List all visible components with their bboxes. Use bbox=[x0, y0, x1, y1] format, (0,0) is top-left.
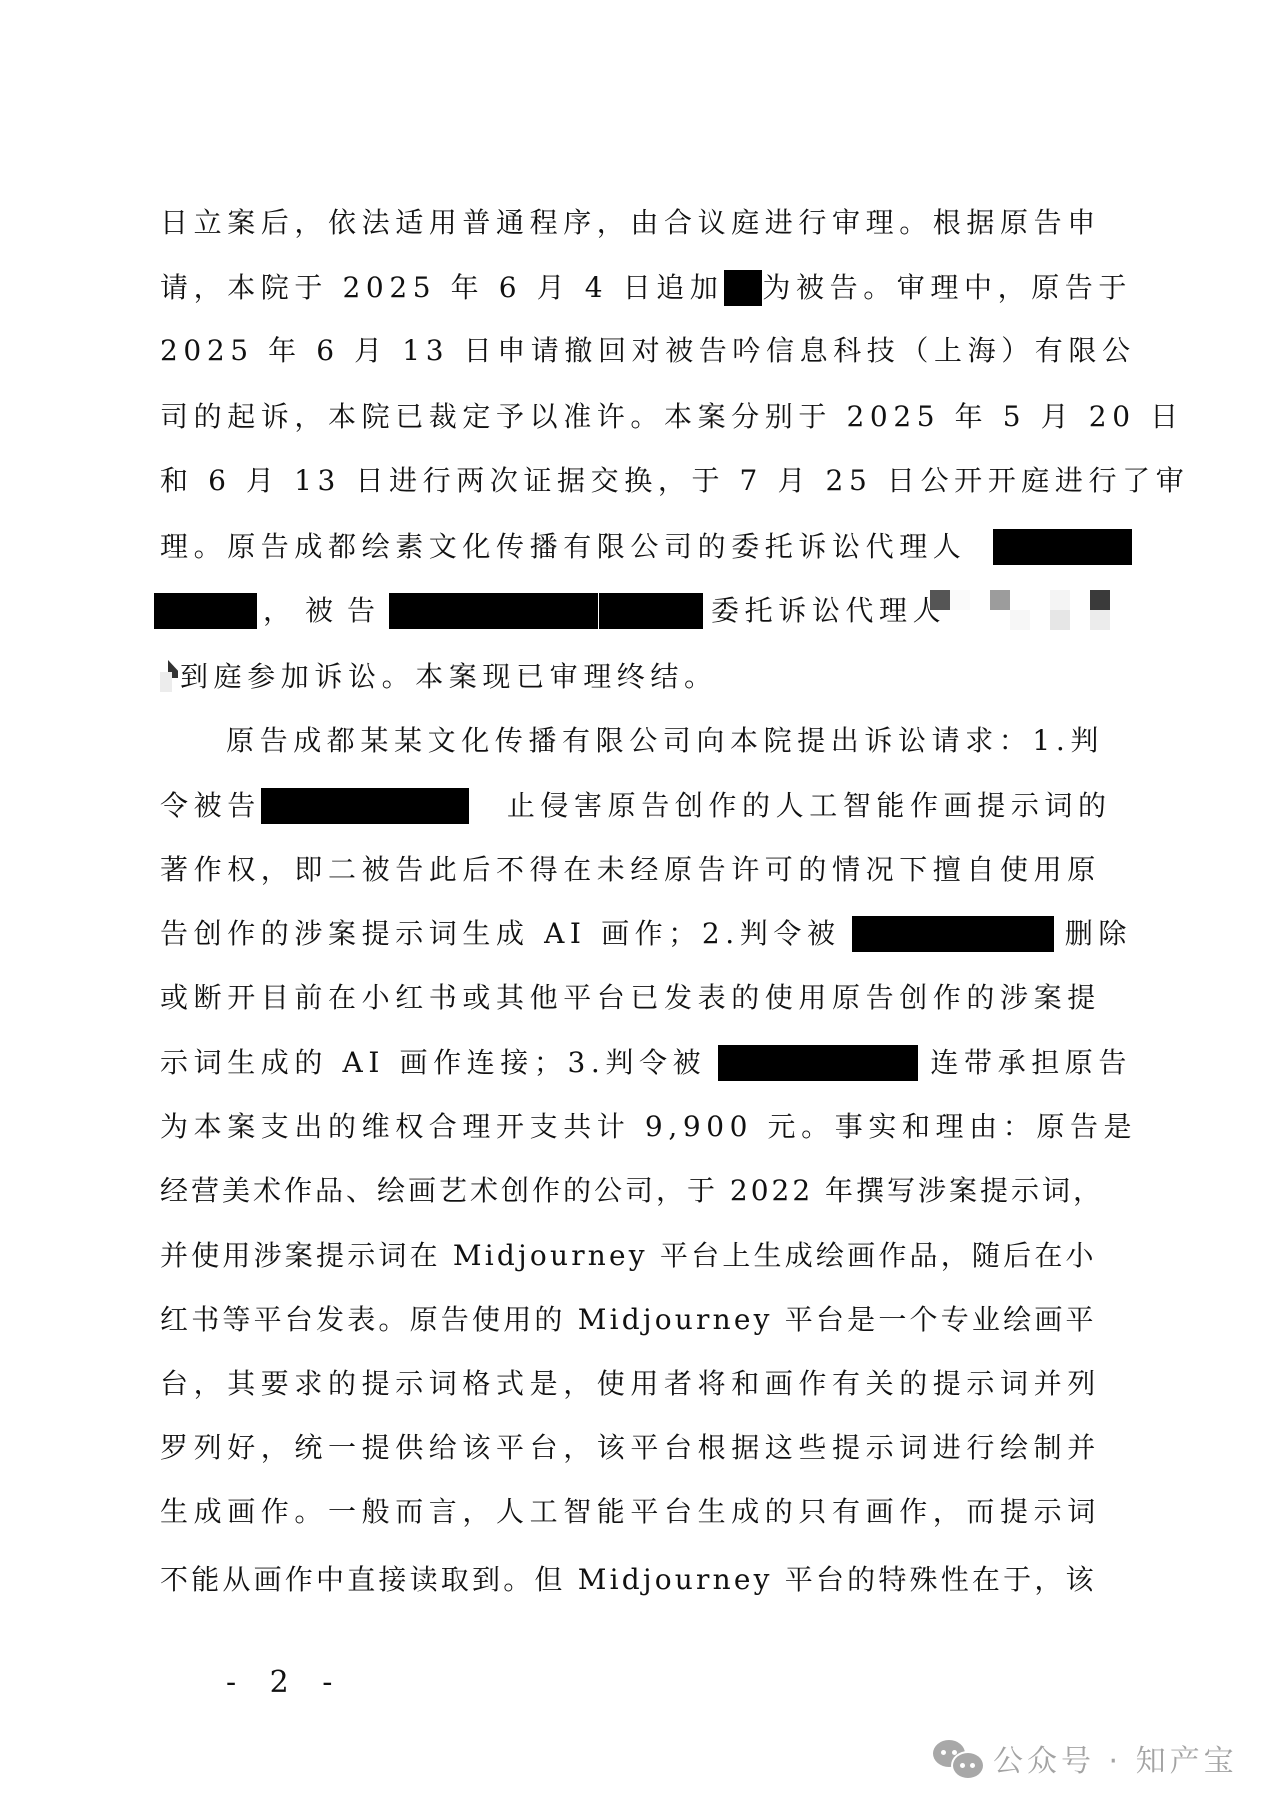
text-line: 到庭参加诉讼。本案现已审理终结。 bbox=[180, 657, 1152, 697]
text-line: 或断开目前在小红书或其他平台已发表的使用原告创作的涉案提 bbox=[160, 978, 1132, 1018]
mosaic-cell bbox=[930, 590, 950, 610]
redaction-box bbox=[389, 593, 598, 629]
text-line: 请，本院于 2025 年 6 月 4 日追加 为被告。审理中，原告于 bbox=[160, 268, 1132, 308]
mosaic-cell bbox=[1050, 610, 1070, 630]
pixelated-redaction bbox=[160, 672, 172, 692]
text-line: 2025 年 6 月 13 日申请撤回对被告 吟信息科技（上海）有限公 bbox=[160, 331, 1132, 371]
text-segment: 不能从画作中直接读取到。但 Midjourney 平台的特殊性在于，该 bbox=[160, 1560, 1097, 1600]
text-line: 告创作的涉案提示词生成 AI 画作；2.判令被 删除 bbox=[160, 914, 1132, 954]
page-number: - 2 - bbox=[226, 1665, 344, 1700]
text-line: 司的起诉，本院已裁定予以准许。本案分别于 2025 年 5 月 20 日 bbox=[160, 397, 1132, 437]
text-segment: 理。原告成都绘素文化传播有限公司的委托诉讼代理人 bbox=[160, 527, 966, 567]
text-line: 原告成都某某文化传播有限公司向本院提出诉讼请求：1.判 bbox=[226, 721, 1132, 761]
text-segment: 告创作的涉案提示词生成 AI 画作；2.判令被 bbox=[160, 914, 841, 954]
redaction-box bbox=[852, 916, 1054, 952]
mosaic-cell bbox=[990, 590, 1010, 610]
text-line: 理。原告成都绘素文化传播有限公司的委托诉讼代理人 bbox=[160, 527, 1132, 567]
text-segment: 连带承担原告 bbox=[930, 1043, 1132, 1083]
text-segment: 2025 年 6 月 13 日申请撤回对被告 bbox=[160, 331, 732, 371]
text-segment: ，被告 bbox=[263, 591, 389, 631]
redaction-box bbox=[154, 593, 257, 629]
redaction-box bbox=[261, 788, 469, 824]
text-segment: 台，其要求的提示词格式是，使用者将和画作有关的提示词并列 bbox=[160, 1364, 1101, 1404]
text-line: 并使用涉案提示词在 Midjourney 平台上生成绘画作品，随后在小 bbox=[160, 1236, 1132, 1276]
redaction-box bbox=[599, 593, 703, 629]
text-segment: 红书等平台发表。原告使用的 Midjourney 平台是一个专业绘画平 bbox=[160, 1300, 1097, 1340]
text-segment: 经营美术作品、绘画艺术创作的公司，于 2022 年撰写涉案提示词， bbox=[160, 1171, 1104, 1211]
redaction-box bbox=[993, 529, 1132, 565]
text-line: 台，其要求的提示词格式是，使用者将和画作有关的提示词并列 bbox=[160, 1364, 1132, 1404]
text-segment: 罗列好，统一提供给该平台，该平台根据这些提示词进行绘制并 bbox=[160, 1428, 1101, 1468]
text-segment: 止侵害原告创作的人工智能作画提示词的 bbox=[507, 786, 1112, 826]
text-line: 生成画作。一般而言，人工智能平台生成的只有画作，而提示词 bbox=[160, 1492, 1132, 1532]
text-segment: 司的起诉，本院已裁定予以准许。本案分别于 2025 年 5 月 20 日 bbox=[160, 397, 1184, 437]
text-segment: 删除 bbox=[1065, 914, 1132, 954]
text-line: 红书等平台发表。原告使用的 Midjourney 平台是一个专业绘画平 bbox=[160, 1300, 1132, 1340]
mosaic-cell bbox=[1010, 610, 1030, 630]
text-segment: 为被告。审理中，原告于 bbox=[762, 268, 1132, 308]
mosaic-cell bbox=[1090, 610, 1110, 630]
text-segment: 吟信息科技（上海）有限公 bbox=[732, 331, 1135, 371]
mosaic-cell bbox=[1090, 590, 1110, 610]
mosaic-cell bbox=[1050, 590, 1070, 610]
redaction-box bbox=[718, 1045, 918, 1081]
text-line: 为本案支出的维权合理开支共计 9,900 元。事实和理由：原告是 bbox=[160, 1107, 1132, 1147]
text-segment: 为本案支出的维权合理开支共计 9,900 元。事实和理由：原告是 bbox=[160, 1107, 1137, 1147]
text-line: ，被告 委托诉讼代理人 bbox=[154, 591, 1126, 631]
text-segment: 原告成都某某文化传播有限公司向本院提出诉讼请求：1.判 bbox=[226, 721, 1104, 761]
text-segment: 示词生成的 AI 画作连接；3.判令被 bbox=[160, 1043, 706, 1083]
text-line: 令被告 止侵害原告创作的人工智能作画提示词的 bbox=[160, 786, 1132, 826]
text-segment: 令被告 bbox=[160, 786, 261, 826]
text-segment: 日立案后，依法适用普通程序，由合议庭进行审理。根据原告申 bbox=[160, 203, 1101, 243]
watermark-text: 公众号 · 知产宝 bbox=[993, 1736, 1238, 1780]
text-line: 日立案后，依法适用普通程序，由合议庭进行审理。根据原告申 bbox=[160, 203, 1132, 243]
watermark: 公众号 · 知产宝 bbox=[933, 1738, 1238, 1778]
text-segment: 到庭参加诉讼。本案现已审理终结。 bbox=[180, 657, 718, 697]
document-page: 日立案后，依法适用普通程序，由合议庭进行审理。根据原告申 请，本院于 2025 … bbox=[0, 0, 1280, 1810]
text-segment: 或断开目前在小红书或其他平台已发表的使用原告创作的涉案提 bbox=[160, 978, 1101, 1018]
text-segment: 委托诉讼代理人 bbox=[711, 591, 946, 631]
redaction-box bbox=[724, 270, 763, 306]
text-line: 罗列好，统一提供给该平台，该平台根据这些提示词进行绘制并 bbox=[160, 1428, 1132, 1468]
text-line: 著作权，即二被告此后不得在未经原告许可的情况下擅自使用原 bbox=[160, 850, 1132, 890]
text-segment: 著作权，即二被告此后不得在未经原告许可的情况下擅自使用原 bbox=[160, 850, 1101, 890]
text-line: 示词生成的 AI 画作连接；3.判令被 连带承担原告 bbox=[160, 1043, 1132, 1083]
text-segment: 并使用涉案提示词在 Midjourney 平台上生成绘画作品，随后在小 bbox=[160, 1236, 1097, 1276]
text-line: 和 6 月 13 日进行两次证据交换，于 7 月 25 日公开开庭进行了审 bbox=[160, 461, 1132, 501]
text-segment: 和 6 月 13 日进行两次证据交换，于 7 月 25 日公开开庭进行了审 bbox=[160, 461, 1189, 501]
text-line: 不能从画作中直接读取到。但 Midjourney 平台的特殊性在于，该 bbox=[160, 1560, 1132, 1600]
text-line: 经营美术作品、绘画艺术创作的公司，于 2022 年撰写涉案提示词， bbox=[160, 1171, 1132, 1211]
mosaic-cell bbox=[950, 590, 970, 610]
wechat-icon bbox=[933, 1738, 983, 1778]
text-segment: 请，本院于 2025 年 6 月 4 日追加 bbox=[160, 268, 724, 308]
text-segment: 生成画作。一般而言，人工智能平台生成的只有画作，而提示词 bbox=[160, 1492, 1101, 1532]
